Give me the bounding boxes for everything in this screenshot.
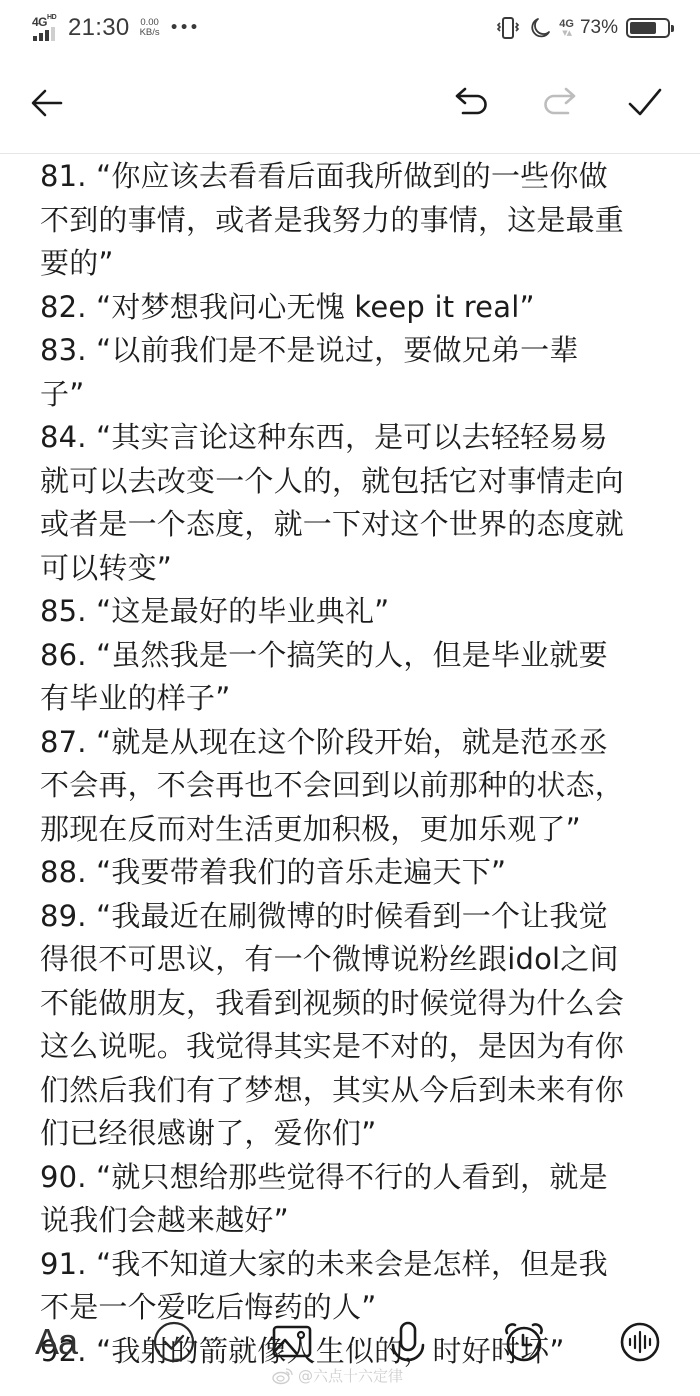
text-line: 不会再，不会再也不会回到以前那种的状态， bbox=[40, 764, 670, 808]
battery-icon bbox=[626, 18, 670, 38]
insert-image-button[interactable] bbox=[268, 1318, 316, 1366]
network-speed: 0.00 KB/s bbox=[140, 18, 160, 38]
arrow-left-icon bbox=[27, 83, 67, 123]
weibo-watermark: @六点十六定律 bbox=[272, 1365, 403, 1386]
text-line: 可以转变” bbox=[40, 547, 670, 591]
text-line: 87. “就是从现在这个阶段开始，就是范丞丞 bbox=[40, 721, 670, 765]
text-line: 82. “对梦想我问心无愧 keep it real” bbox=[40, 286, 670, 330]
undo-button[interactable] bbox=[448, 80, 494, 126]
alarm-clock-icon bbox=[502, 1320, 546, 1364]
redo-icon bbox=[540, 83, 580, 123]
do-not-disturb-moon-icon bbox=[529, 17, 551, 39]
text-line: 不能做朋友，我看到视频的时候觉得为什么会 bbox=[40, 982, 670, 1026]
mobile-data-icon: 4G ▼▲ bbox=[559, 19, 574, 37]
redo-button[interactable] bbox=[537, 80, 583, 126]
text-line: 不到的事情，或者是我努力的事情，这是最重 bbox=[40, 199, 670, 243]
text-line: 这么说呢。我觉得其实是不对的，是因为有你 bbox=[40, 1025, 670, 1069]
audio-recording-button[interactable] bbox=[616, 1318, 664, 1366]
text-line: 就可以去改变一个人的，就包括它对事情走向 bbox=[40, 460, 670, 504]
weibo-logo-icon bbox=[272, 1367, 294, 1385]
text-line: 86. “虽然我是一个搞笑的人，但是毕业就要 bbox=[40, 634, 670, 678]
status-bar: 4GHD 21:30 0.00 KB/s ••• bbox=[0, 0, 700, 56]
text-line: 或者是一个态度，就一下对这个世界的态度就 bbox=[40, 503, 670, 547]
text-line: 们然后我们有了梦想，其实从今后到未来有你 bbox=[40, 1069, 670, 1113]
status-bar-left: 4GHD 21:30 0.00 KB/s ••• bbox=[30, 13, 199, 43]
check-icon bbox=[625, 83, 665, 123]
vibrate-icon bbox=[495, 15, 521, 41]
cellular-signal-icon: 4GHD bbox=[30, 13, 60, 43]
undo-icon bbox=[451, 83, 491, 123]
network-hd: HD bbox=[47, 14, 56, 21]
sound-wave-icon bbox=[618, 1320, 662, 1364]
network-speed-unit: KB/s bbox=[140, 28, 160, 38]
more-notifications-icon: ••• bbox=[170, 20, 200, 36]
text-line: 83. “以前我们是不是说过，要做兄弟一辈 bbox=[40, 329, 670, 373]
circle-check-icon bbox=[152, 1320, 196, 1364]
data-activity-arrows: ▼▲ bbox=[562, 30, 571, 37]
text-format-button[interactable]: Aa bbox=[32, 1318, 80, 1366]
text-line: 得很不可思议，有一个微博说粉丝跟idol之间 bbox=[40, 938, 670, 982]
back-button[interactable] bbox=[24, 80, 70, 126]
editor-toolbar bbox=[0, 56, 700, 154]
clock: 21:30 bbox=[68, 14, 130, 42]
text-line: 们已经很感谢了，爱你们” bbox=[40, 1112, 670, 1156]
text-line: 90. “就只想给那些觉得不行的人看到，就是 bbox=[40, 1156, 670, 1200]
reminder-button[interactable] bbox=[500, 1318, 548, 1366]
note-editor[interactable]: 81. “你应该去看看后面我所做到的一些你做 不到的事情，或者是我努力的事情，这… bbox=[40, 155, 670, 1373]
text-line: 85. “这是最好的毕业典礼” bbox=[40, 590, 670, 634]
text-line: 说我们会越来越好” bbox=[40, 1199, 670, 1243]
battery-percent: 73% bbox=[580, 17, 618, 39]
font-format-icon: Aa bbox=[35, 1321, 77, 1363]
text-line: 88. “我要带着我们的音乐走遍天下” bbox=[40, 851, 670, 895]
microphone-icon bbox=[386, 1320, 430, 1364]
voice-input-button[interactable] bbox=[384, 1318, 432, 1366]
text-line: 有毕业的样子” bbox=[40, 677, 670, 721]
text-line: 91. “我不知道大家的未来会是怎样，但是我 bbox=[40, 1243, 670, 1287]
text-line: 要的” bbox=[40, 242, 670, 286]
text-line: 81. “你应该去看看后面我所做到的一些你做 bbox=[40, 155, 670, 199]
text-line: 子” bbox=[40, 373, 670, 417]
done-button[interactable] bbox=[622, 80, 668, 126]
text-line: 84. “其实言论这种东西，是可以去轻轻易易 bbox=[40, 416, 670, 460]
checklist-button[interactable] bbox=[150, 1318, 198, 1366]
text-line: 那现在反而对生活更加积极，更加乐观了” bbox=[40, 808, 670, 852]
watermark-text: @六点十六定律 bbox=[298, 1365, 403, 1386]
screen: 4GHD 21:30 0.00 KB/s ••• bbox=[0, 0, 700, 1396]
status-bar-right: 4G ▼▲ 73% bbox=[495, 15, 670, 41]
text-line: 89. “我最近在刷微博的时候看到一个让我觉 bbox=[40, 895, 670, 939]
image-icon bbox=[270, 1320, 314, 1364]
